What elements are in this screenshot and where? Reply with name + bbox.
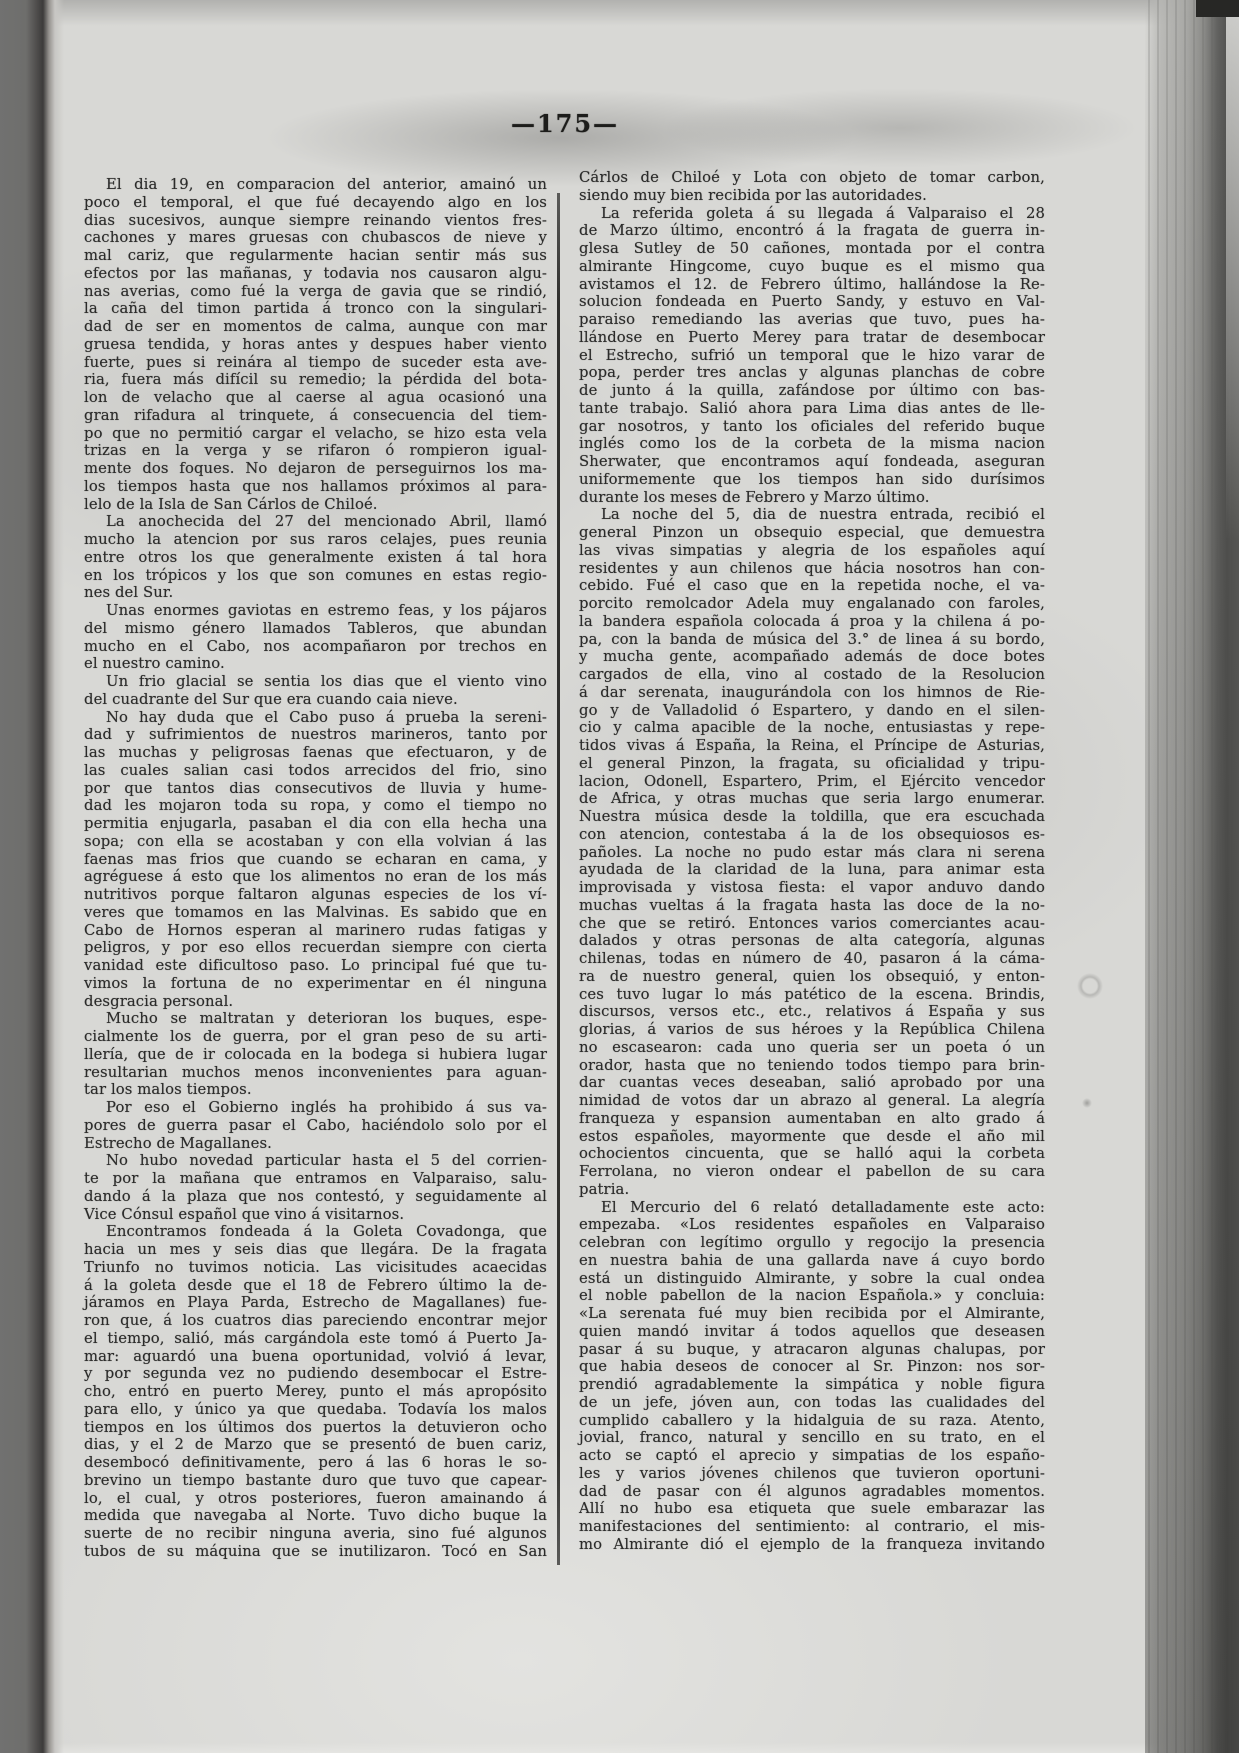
text-line: franqueza y espansion aumentaban en alto… <box>579 1110 1045 1128</box>
text-line: pa, con la banda de música del 3.° de li… <box>579 631 1045 649</box>
text-line: El dia 19, en comparacion del anterior, … <box>84 176 547 194</box>
text-line: siendo muy bien recibida por las autorid… <box>579 187 1045 205</box>
text-line: las vivas simpatias y alegria de los esp… <box>579 542 1045 560</box>
text-line: Cabo de Hornos esperan al marinero rudas… <box>84 922 547 940</box>
text-line: ayudada de la claridad de la luna, para … <box>579 861 1045 879</box>
text-line: almirante Hingcome, cuyo buque es el mis… <box>579 258 1045 276</box>
text-line: nimidad de votos dar un abrazo al genera… <box>579 1092 1045 1110</box>
text-line: celebran con legítimo orgullo y regocijo… <box>579 1234 1045 1252</box>
text-line: del cuadrante del Sur que era cuando cai… <box>84 691 547 709</box>
text-line: dias, y el 2 de Marzo que se presentó de… <box>84 1436 547 1454</box>
text-line: llándose en Puerto Merey para tratar de … <box>579 329 1045 347</box>
text-line: orador, hasta que no teniendo todos tiem… <box>579 1057 1045 1075</box>
text-line: empezaba. «Los residentes españoles en V… <box>579 1216 1045 1234</box>
text-line: glorias, á varios de sus héroes y la Rep… <box>579 1021 1045 1039</box>
text-line: La referida goleta á su llegada á Valpar… <box>579 205 1045 223</box>
text-line: dalados y otras personas de alta categor… <box>579 932 1045 950</box>
text-line: Ferrolana, no vieron ondear el pabellon … <box>579 1163 1045 1181</box>
text-line: entre otros los que generalmente existen… <box>84 549 547 567</box>
text-line: sopa; con ella se acostaban y con ella v… <box>84 833 547 851</box>
text-line: cargados de ella, vino al costado de la … <box>579 666 1045 684</box>
text-line: dar cuantas veces deseaban, salió aproba… <box>579 1074 1045 1092</box>
text-line: te por la mañana que entramos en Valpara… <box>84 1170 547 1188</box>
text-line: estos españoles, mayormente que desde el… <box>579 1128 1045 1146</box>
text-line: glesa Sutley de 50 cañones, montada por … <box>579 240 1045 258</box>
paragraph: La noche del 5, dia de nuestra entrada, … <box>579 506 1045 1198</box>
text-line: solucion fondeada en Puerto Sandy, y est… <box>579 293 1045 311</box>
text-line: general Pinzon un obsequio especial, que… <box>579 524 1045 542</box>
paragraph: Encontramos fondeada á la Goleta Covadon… <box>84 1223 547 1560</box>
text-line: chilenas, todas en número de 40, pasaron… <box>579 950 1045 968</box>
text-line: pasar á su buque, y atracaron algunas ch… <box>579 1341 1045 1359</box>
text-line: Triunfo no tuvimos noticia. Las vicisitu… <box>84 1259 547 1277</box>
text-line: mar: aguardó una buena oportunidad, volv… <box>84 1348 547 1366</box>
text-line: lacion, Odonell, Espartero, Prim, el Ejé… <box>579 773 1045 791</box>
text-line: el noble pabellon de la nacion Española.… <box>579 1287 1045 1305</box>
text-line: y por segunda vez no pudiendo desembocar… <box>84 1365 547 1383</box>
text-line: Encontramos fondeada á la Goleta Covadon… <box>84 1223 547 1241</box>
text-line: pores de guerra pasar el Cabo, haciéndol… <box>84 1117 547 1135</box>
text-line: prendió agradablemente la simpática y no… <box>579 1376 1045 1394</box>
text-line: mo Almirante dió el ejemplo de la franqu… <box>579 1536 1045 1554</box>
text-line: inglés como los de la corbeta de la mism… <box>579 435 1045 453</box>
text-line: efectos por las mañanas, y todavia nos c… <box>84 265 547 283</box>
text-line: de Marzo último, encontró á la fragata d… <box>579 222 1045 240</box>
text-line: Sherwater, que encontramos aquí fondeada… <box>579 453 1045 471</box>
paragraph: Mucho se maltratan y deterioran los buqu… <box>84 1010 547 1099</box>
text-line: residentes y aun chilenos que hácia noso… <box>579 560 1045 578</box>
text-line: Cárlos de Chiloé y Lota con objeto de to… <box>579 169 1045 187</box>
text-line: gar nosotros, y tanto los oficiales del … <box>579 418 1045 436</box>
paragraph: La anochecida del 27 del mencionado Abri… <box>84 513 547 602</box>
text-line: ron que, á los cuatros dias pareciendo e… <box>84 1312 547 1330</box>
text-line: peligros, y por eso ellos recuerdan siem… <box>84 939 547 957</box>
text-line: tidos vivas á España, la Reina, el Prínc… <box>579 737 1045 755</box>
column-divider <box>557 193 560 1565</box>
paragraph: No hay duda que el Cabo puso á prueba la… <box>84 709 547 1011</box>
text-line: mucho en el Cabo, nos acompañaron por tr… <box>84 638 547 656</box>
text-line: Unas enormes gaviotas en estremo feas, y… <box>84 602 547 620</box>
text-line: popa, perder tres anclas y algunas planc… <box>579 364 1045 382</box>
text-line: Vice Cónsul español que vino á visitarno… <box>84 1206 547 1224</box>
text-line: que habia deseos de conocer al Sr. Pinzo… <box>579 1358 1045 1376</box>
text-line: ria, fuera más difícil su remedio; la pé… <box>84 371 547 389</box>
text-line: brevino un tiempo bastante duro que tuvo… <box>84 1472 547 1490</box>
top-right-corner-shadow <box>1196 0 1239 17</box>
text-line: tante trabajo. Salió ahora para Lima dia… <box>579 400 1045 418</box>
text-line: vanidad este dificultoso paso. Lo princi… <box>84 957 547 975</box>
text-line: la bandera española colocada á proa y la… <box>579 613 1045 631</box>
text-line: dad de ser en momentos de calma, aunque … <box>84 318 547 336</box>
text-line: la caña del timon partida á tronco con l… <box>84 300 547 318</box>
paragraph: No hubo novedad particular hasta el 5 de… <box>84 1152 547 1223</box>
text-line: llería, que de ir colocada en la bodega … <box>84 1046 547 1064</box>
left-column: El dia 19, en comparacion del anterior, … <box>84 176 547 1561</box>
text-line: lo, el cual, y otros posteriores, fueron… <box>84 1490 547 1508</box>
text-line: nes del Sur. <box>84 584 547 602</box>
text-line: che que se retiró. Entonces varios comer… <box>579 915 1045 933</box>
text-line: jovial, franco, natural y sencillo en su… <box>579 1429 1045 1447</box>
text-line: tubos de su máquina que se inutilizaron.… <box>84 1543 547 1561</box>
text-line: durante los meses de Febrero y Marzo últ… <box>579 489 1045 507</box>
text-line: Un frio glacial se sentia los dias que e… <box>84 673 547 691</box>
text-line: dias sucesivos, aunque siempre reinando … <box>84 212 547 230</box>
text-line: muchas vueltas á la fragata hasta las do… <box>579 897 1045 915</box>
text-line: agréguese á esto que los alimentos no er… <box>84 868 547 886</box>
text-line: porcito remolcador Adela muy engalanado … <box>579 595 1045 613</box>
text-line: acto se captó el aprecio y simpatias de … <box>579 1447 1045 1465</box>
text-line: lelo de la Isla de San Cárlos de Chiloé. <box>84 496 547 514</box>
text-line: á la goleta desde que el 18 de Febrero ú… <box>84 1277 547 1295</box>
text-line: por que tantos dias consecutivos de lluv… <box>84 780 547 798</box>
page-number: —175— <box>85 109 1045 138</box>
text-line: está un distinguido Almirante, y sobre l… <box>579 1270 1045 1288</box>
text-line: La noche del 5, dia de nuestra entrada, … <box>579 506 1045 524</box>
paragraph: Un frio glacial se sentia los dias que e… <box>84 673 547 709</box>
text-line: faenas mas frios que cuando se echaran e… <box>84 851 547 869</box>
text-line: en nuestra bahia de una gallarda nave á … <box>579 1252 1045 1270</box>
text-line: dad de pasar con él algunos agradables m… <box>579 1483 1045 1501</box>
paragraph: Unas enormes gaviotas en estremo feas, y… <box>84 602 547 673</box>
text-line: de junto á la quilla, zafándose por últi… <box>579 382 1045 400</box>
text-line: dando á la plaza que nos contestó, y seg… <box>84 1188 547 1206</box>
text-line: pañoles. La noche no pudo estar más clar… <box>579 844 1045 862</box>
text-line: La anochecida del 27 del mencionado Abri… <box>84 513 547 531</box>
text-line: El Mercurio del 6 relató detalladamente … <box>579 1199 1045 1217</box>
paragraph: El dia 19, en comparacion del anterior, … <box>84 176 547 513</box>
text-line: con atencion, contestaba á la de los obs… <box>579 826 1045 844</box>
text-line: cachones y mares gruesas con chubascos d… <box>84 229 547 247</box>
text-line: avistamos el 12. de Febrero último, hall… <box>579 276 1045 294</box>
text-line: mucho la atencion por sus raros celajes,… <box>84 531 547 549</box>
text-line: paraiso remediando las averias que tuvo,… <box>579 311 1045 329</box>
text-line: gruesa tendida, y horas antes y despues … <box>84 336 547 354</box>
text-line: cho, entró en puerto Merey, punto el más… <box>84 1383 547 1401</box>
text-line: mal cariz, que regularmente hacian senti… <box>84 247 547 265</box>
paragraph: La referida goleta á su llegada á Valpar… <box>579 205 1045 507</box>
text-line: cialmente los de guerra, por el gran pes… <box>84 1028 547 1046</box>
text-line: nutritivos porque faltaron algunas espec… <box>84 886 547 904</box>
text-line: los tiempos hasta que nos hallamos próxi… <box>84 478 547 496</box>
text-line: nas averias, como fué la verga de gavia … <box>84 283 547 301</box>
text-line: á dar serenata, inaugurándola con los hi… <box>579 684 1045 702</box>
text-line: desgracia personal. <box>84 993 547 1011</box>
text-line: dad les mojaron toda su ropa, y como el … <box>84 797 547 815</box>
text-line: ces tuvo lugar lo más patético de la esc… <box>579 986 1045 1004</box>
text-line: tiempos en los últimos dos puertos la de… <box>84 1419 547 1437</box>
text-line: discursos, versos etc., etc., relativos … <box>579 1003 1045 1021</box>
text-line: ra de nuestro general, quien los obsequi… <box>579 968 1045 986</box>
text-line: desembocó definitivamente, pero á las 6 … <box>84 1454 547 1472</box>
text-line: patria. <box>579 1181 1045 1199</box>
text-line: poco el temporal, el que fué decayendo a… <box>84 194 547 212</box>
text-line: veres que tomamos en las Malvinas. Es sa… <box>84 904 547 922</box>
text-line: po que no permitió cargar el velacho, se… <box>84 425 547 443</box>
text-line: gran rifadura al trinquete, á consecuenc… <box>84 407 547 425</box>
text-line: trizas en la verga y se rifaron ó rompie… <box>84 442 547 460</box>
text-line: no escasearon: cada uno queria ser un po… <box>579 1039 1045 1057</box>
text-line: uniformemente que los tiempos han sido d… <box>579 471 1045 489</box>
book-binding-shadow <box>0 0 64 1753</box>
text-line: las muchas y peligrosas faenas que efect… <box>84 744 547 762</box>
text-line: resultarian muchos menos inconvenientes … <box>84 1064 547 1082</box>
text-line: dad y sufrimientos de nuestros marineros… <box>84 726 547 744</box>
text-line: el tiempo, salió, más cargándola este to… <box>84 1330 547 1348</box>
text-line: Por eso el Gobierno inglés ha prohibido … <box>84 1099 547 1117</box>
text-line: mente dos foques. No dejaron de persegui… <box>84 460 547 478</box>
paragraph: Cárlos de Chiloé y Lota con objeto de to… <box>579 169 1045 205</box>
text-line: del mismo género llamados Tableros, que … <box>84 620 547 638</box>
text-line: y mucha gente, acompañado además de doce… <box>579 648 1045 666</box>
text-line: las cuales salian casi todos arrecidos d… <box>84 762 547 780</box>
right-column: Cárlos de Chiloé y Lota con objeto de to… <box>579 169 1045 1554</box>
page-edge-highlight <box>1226 0 1239 540</box>
page-edge-shadow <box>1145 0 1239 1753</box>
text-line: el nuestro camino. <box>84 655 547 673</box>
text-line: suerte de no recibir ninguna averia, sin… <box>84 1525 547 1543</box>
text-line: járamos en Playa Parda, Estrecho de Maga… <box>84 1294 547 1312</box>
text-line: cebido. Fué el caso que en la repetida n… <box>579 577 1045 595</box>
text-line: medida que navegaba al Norte. Tuvo dicho… <box>84 1507 547 1525</box>
text-line: Nuestra música desde la toldilla, que er… <box>579 808 1045 826</box>
text-line: les y varios jóvenes chilenos que tuvier… <box>579 1465 1045 1483</box>
text-line: cumplido caballero y la hidalguia de su … <box>579 1412 1045 1430</box>
text-line: para ello, y único ya que quedaba. Todav… <box>84 1401 547 1419</box>
text-line: No hubo novedad particular hasta el 5 de… <box>84 1152 547 1170</box>
text-line: tar los malos tiempos. <box>84 1081 547 1099</box>
text-line: permitia enjugarla, pasaban el dia con e… <box>84 815 547 833</box>
text-line: cio y calma apacible de la noche, entusi… <box>579 719 1045 737</box>
paragraph: El Mercurio del 6 relató detalladamente … <box>579 1199 1045 1554</box>
text-line: el Estrecho, sufrió un temporal que le h… <box>579 347 1045 365</box>
text-line: Estrecho de Magallanes. <box>84 1135 547 1153</box>
text-line: go y de Valladolid ó Espartero, y dando … <box>579 702 1045 720</box>
text-line: manifestaciones del sentimiento: al cont… <box>579 1518 1045 1536</box>
text-line: hacia un mes y seis dias que llegára. De… <box>84 1241 547 1259</box>
text-line: No hay duda que el Cabo puso á prueba la… <box>84 709 547 727</box>
text-line: «La serenata fué muy bien recibida por e… <box>579 1305 1045 1323</box>
text-line: quien mandó invitar á todos aquellos que… <box>579 1323 1045 1341</box>
text-line: Allí no hubo esa etiqueta que suele emba… <box>579 1500 1045 1518</box>
text-line: vimos la fortuna de no experimentar en é… <box>84 975 547 993</box>
text-line: Mucho se maltratan y deterioran los buqu… <box>84 1010 547 1028</box>
text-line: de Africa, y otras muchas que seria larg… <box>579 790 1045 808</box>
text-line: el general Pinzon, la fragata, su oficia… <box>579 755 1045 773</box>
text-line: de un jefe, jóven aun, con todas las cua… <box>579 1394 1045 1412</box>
text-line: lon de velacho que al caerse al agua oca… <box>84 389 547 407</box>
paragraph: Por eso el Gobierno inglés ha prohibido … <box>84 1099 547 1152</box>
text-line: en los trópicos y los que son comunes en… <box>84 567 547 585</box>
text-line: improvisada y vistosa fiesta: el vapor a… <box>579 879 1045 897</box>
text-line: fuerte, pues si reinára al tiempo de suc… <box>84 354 547 372</box>
text-line: ochocientos cincuenta, que se halló aqui… <box>579 1145 1045 1163</box>
